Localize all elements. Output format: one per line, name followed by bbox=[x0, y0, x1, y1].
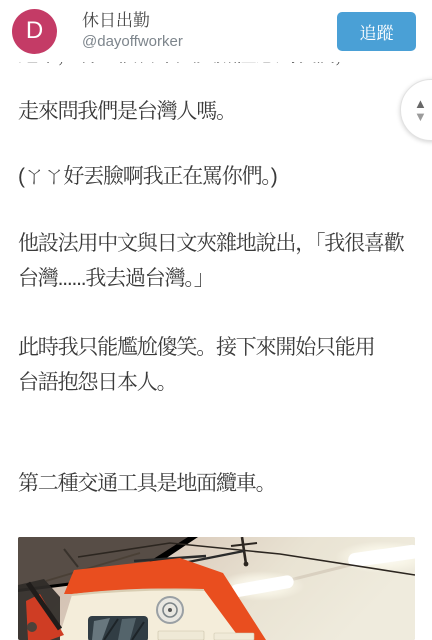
identity-block[interactable]: 休日出勤 @dayoffworker bbox=[82, 11, 183, 51]
avatar[interactable]: D bbox=[12, 9, 57, 54]
post-paragraph: 此時我只能尷尬傻笑。接下來開始只能用 台語抱怨日本人。 bbox=[18, 330, 415, 400]
follow-button[interactable]: 追蹤 bbox=[337, 12, 416, 51]
cable-car-photo-graphic bbox=[18, 537, 415, 640]
mobile-post-screen: D 休日出勤 @dayoffworker 追蹤 途中，有一個日本人突然注意到我們… bbox=[0, 0, 432, 640]
display-name: 休日出勤 bbox=[82, 11, 183, 31]
post-line: 走來問我們是台灣人嗎。 bbox=[18, 94, 415, 129]
cable-car-photo[interactable] bbox=[18, 537, 415, 640]
post-line: 台語抱怨日本人。 bbox=[18, 365, 415, 400]
post-line: 他設法用中文與日文夾雜地說出，「我很喜歡 bbox=[18, 226, 415, 261]
post-line: 途中，有一個日本人突然注意到我們， bbox=[18, 62, 415, 72]
post-line: 第二種交通工具是地面纜車。 bbox=[18, 466, 415, 501]
scroll-down-icon[interactable]: ▼ bbox=[414, 111, 427, 122]
user-handle: @dayoffworker bbox=[82, 33, 183, 51]
post-line: 台灣......我去過台灣。」 bbox=[18, 261, 415, 296]
fab-arrows: ▲ ▼ bbox=[414, 98, 427, 122]
profile-header: D 休日出勤 @dayoffworker 追蹤 bbox=[0, 0, 432, 62]
post-paragraph: 他設法用中文與日文夾雜地說出，「我很喜歡 台灣......我去過台灣。」 bbox=[18, 226, 415, 296]
post-line: 此時我只能尷尬傻笑。接下來開始只能用 bbox=[18, 330, 415, 365]
post-body: 途中，有一個日本人突然注意到我們， 走來問我們是台灣人嗎。 (ㄚㄚ好丟臉啊我正在… bbox=[0, 62, 432, 640]
clipped-text-line: 途中，有一個日本人突然注意到我們， bbox=[18, 62, 415, 72]
post-line: (ㄚㄚ好丟臉啊我正在罵你們。) bbox=[18, 159, 415, 194]
scroll-up-icon[interactable]: ▲ bbox=[414, 98, 427, 109]
